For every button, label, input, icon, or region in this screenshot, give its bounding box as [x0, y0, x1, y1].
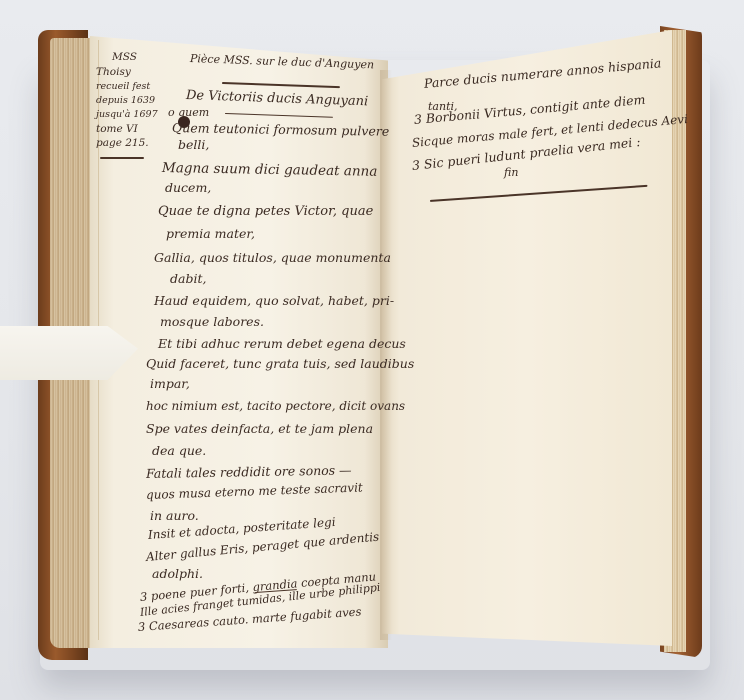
poem-line: Quid faceret, tunc grata tuis, sed laudi…	[146, 356, 414, 371]
poem-line: Gallia, quos titulos, quae monumenta	[154, 250, 391, 265]
poem-line: Haud equidem, quo solvat, habet, pri-	[154, 293, 394, 308]
poem-line: Spe vates deinfacta, et te jam plena	[146, 421, 373, 436]
poem-line: dea que.	[152, 443, 206, 458]
margin-note-line: depuis 1639	[96, 94, 155, 108]
poem-line: Et tibi adhuc rerum debet egena decus	[158, 336, 406, 351]
margin-note-line: MSS	[112, 50, 137, 64]
poem-line: mosque labores.	[160, 314, 264, 329]
poem-line: belli,	[178, 137, 209, 152]
margin-note-line: jusqu'à 1697	[96, 108, 158, 122]
margin-note-line: page 215.	[96, 136, 149, 150]
margin-note-line: recueil fest	[96, 80, 150, 94]
fin-mark: fin	[504, 166, 518, 179]
margin-note-underline	[100, 157, 144, 159]
margin-note-line: Thoisy	[96, 65, 131, 79]
poem-line: dabit,	[170, 271, 206, 286]
poem-line: o quem	[168, 106, 209, 119]
poem-line: adolphi.	[152, 566, 203, 581]
poem-line: impar,	[150, 376, 190, 391]
poem-line: ducem,	[165, 180, 211, 195]
book-gutter	[380, 70, 392, 640]
poem-line: in auro.	[150, 508, 199, 523]
poem-line: Quae te digna petes Victor, quae	[158, 204, 373, 219]
poem-line: premia mater,	[166, 226, 255, 241]
margin-note-line: tome VI	[96, 122, 138, 136]
poem-line: hoc nimium est, tacito pectore, dicit ov…	[146, 399, 405, 413]
